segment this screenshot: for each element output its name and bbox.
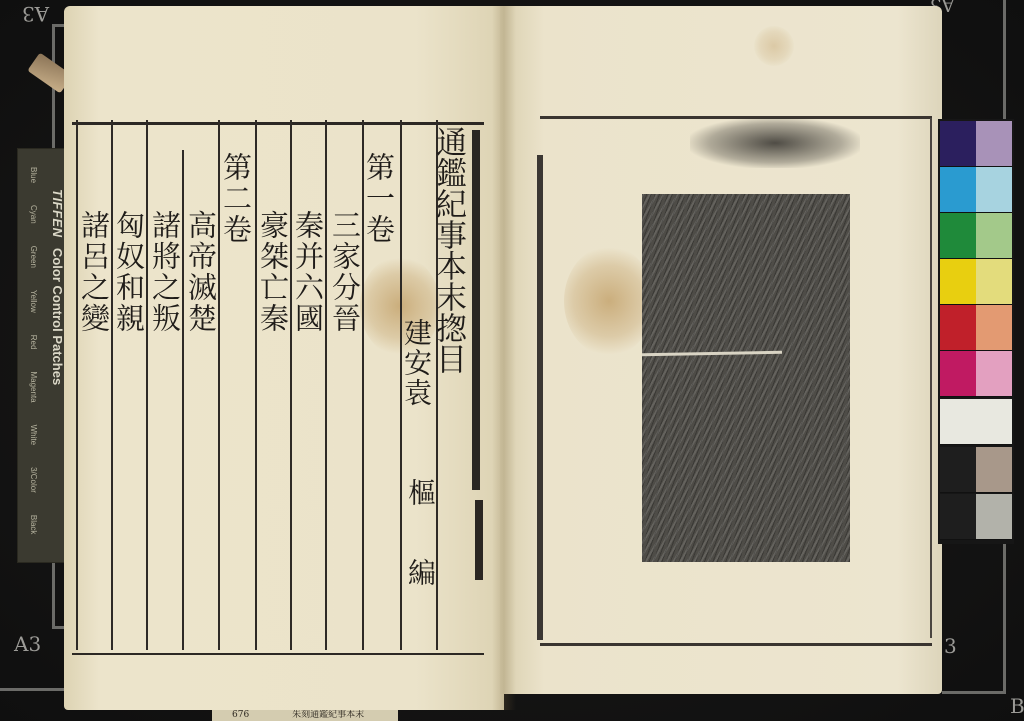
ink-smudge xyxy=(690,118,860,168)
author-name: 樞 xyxy=(406,478,434,508)
patch-row-red xyxy=(940,305,1012,351)
volume-2-label: 第二卷 xyxy=(221,152,250,245)
guide-label-top-left: A3 xyxy=(22,2,49,26)
color-calibration-chart xyxy=(938,119,1014,544)
patch-label: Black xyxy=(29,515,38,535)
author-prefix: 建安袁 xyxy=(402,318,430,408)
fold-margin-bar xyxy=(472,130,480,490)
book-title: 通鑑紀事本末揔目 xyxy=(432,126,463,374)
stain xyxy=(754,26,794,66)
guide-frame-bottom-left xyxy=(0,688,66,691)
catalog-title: 朱刻通鑑紀事本末 xyxy=(292,710,364,720)
patch-label: Blue xyxy=(29,167,38,183)
patch-label: Yellow xyxy=(29,290,38,313)
volume-2-entry-1: 高帝滅楚 xyxy=(186,210,215,334)
patch-row-white xyxy=(940,399,1012,445)
tiffen-patch-labels: Blue Cyan Green Yellow Red Magenta White… xyxy=(29,167,38,534)
patch-label: 3/Color xyxy=(29,467,38,493)
author-role: 編 xyxy=(406,558,434,588)
patch-row-black xyxy=(940,494,1012,540)
volume-2-entry-4: 諸呂之變 xyxy=(79,210,108,334)
column-rule xyxy=(325,120,327,650)
right-frame-left-bar xyxy=(537,155,543,640)
patch-row-cyan xyxy=(940,167,1012,213)
volume-2-entry-2: 諸將之叛 xyxy=(150,210,179,334)
patch-label: Magenta xyxy=(29,371,38,402)
patch-label: Green xyxy=(29,246,38,268)
guide-label-bottom-left: A3 xyxy=(14,632,41,656)
tiffen-title: Color Control Patches xyxy=(50,248,65,385)
tiffen-color-strip: TIFFEN Color Control Patches Blue Cyan G… xyxy=(17,148,65,563)
fold-margin-bar xyxy=(475,500,483,580)
column-rule xyxy=(290,120,292,650)
ink-rubbing-image xyxy=(642,194,850,562)
volume-1-label: 第一卷 xyxy=(364,152,393,245)
patch-row-blue xyxy=(940,121,1012,167)
column-rule xyxy=(111,120,113,650)
column-rule xyxy=(76,120,78,650)
rubbing-crack xyxy=(642,351,782,356)
patch-label: White xyxy=(29,425,38,445)
book-gutter xyxy=(492,6,516,710)
right-frame-right-bar xyxy=(930,118,932,638)
column-rule xyxy=(255,120,257,650)
volume-1-entry-3: 豪桀亡秦 xyxy=(258,210,287,334)
patch-label: Red xyxy=(29,335,38,350)
guide-label-bottom-right-num: 3 xyxy=(944,634,957,658)
catalog-number: 676 xyxy=(232,710,249,720)
volume-1-entry-2: 秦并六國 xyxy=(293,210,322,334)
volume-2-entry-3: 匈奴和親 xyxy=(114,210,143,334)
patch-row-3color xyxy=(940,447,1012,493)
catalog-label: 676 朱刻通鑑紀事本末 xyxy=(212,710,398,721)
patch-row-magenta xyxy=(940,351,1012,397)
patch-row-yellow xyxy=(940,259,1012,305)
volume-1-entry-1: 三家分晉 xyxy=(330,210,359,334)
patch-label: Cyan xyxy=(29,205,38,224)
guide-label-bottom-right-letter: B xyxy=(1010,694,1024,718)
tiffen-text: TIFFEN Color Control Patches Blue Cyan G… xyxy=(18,159,65,563)
column-rule xyxy=(146,120,148,650)
patch-row-green xyxy=(940,213,1012,259)
tiffen-brand: TIFFEN xyxy=(50,189,65,238)
